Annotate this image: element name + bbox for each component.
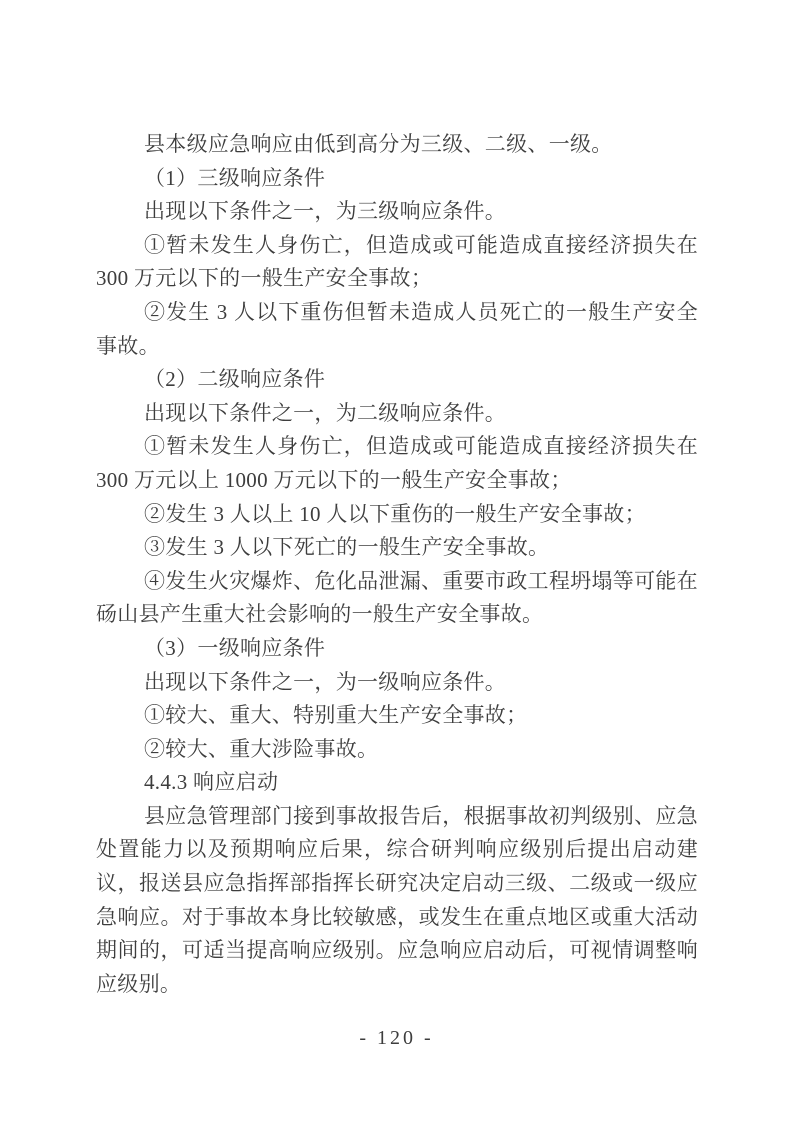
document-body: 县本级应急响应由低到高分为三级、二级、一级。 （1）三级响应条件 出现以下条件之…: [96, 128, 698, 1001]
list-item-circled-4: ④发生火灾爆炸、危化品泄漏、重要市政工程坍塌等可能在砀山县产生重大社会影响的一般…: [96, 565, 698, 632]
heading-level1-conditions: （3）一级响应条件: [96, 632, 698, 666]
heading-response-start: 4.4.3 响应启动: [96, 766, 698, 800]
paragraph: 出现以下条件之一，为二级响应条件。: [96, 397, 698, 431]
paragraph-response-start-body: 县应急管理部门接到事故报告后，根据事故初判级别、应急处置能力以及预期响应后果，综…: [96, 800, 698, 1002]
paragraph: 出现以下条件之一，为一级响应条件。: [96, 666, 698, 700]
list-item-circled-2: ②发生 3 人以下重伤但暂未造成人员死亡的一般生产安全事故。: [96, 296, 698, 363]
page-number: - 120 -: [0, 1027, 793, 1050]
list-item-circled-1: ①暂未发生人身伤亡，但造成或可能造成直接经济损失在 300 万元以下的一般生产安…: [96, 229, 698, 296]
list-item-circled-1: ①暂未发生人身伤亡，但造成或可能造成直接经济损失在 300 万元以上 1000 …: [96, 430, 698, 497]
heading-level3-conditions: （1）三级响应条件: [96, 162, 698, 196]
list-item-circled-1: ①较大、重大、特别重大生产安全事故；: [96, 699, 698, 733]
list-item-circled-2: ②发生 3 人以上 10 人以下重伤的一般生产安全事故；: [96, 498, 698, 532]
list-item-circled-2: ②较大、重大涉险事故。: [96, 733, 698, 767]
document-page: 县本级应急响应由低到高分为三级、二级、一级。 （1）三级响应条件 出现以下条件之…: [0, 0, 793, 1122]
list-item-circled-3: ③发生 3 人以下死亡的一般生产安全事故。: [96, 531, 698, 565]
paragraph: 出现以下条件之一，为三级响应条件。: [96, 195, 698, 229]
heading-level2-conditions: （2）二级响应条件: [96, 363, 698, 397]
paragraph-intro: 县本级应急响应由低到高分为三级、二级、一级。: [96, 128, 698, 162]
